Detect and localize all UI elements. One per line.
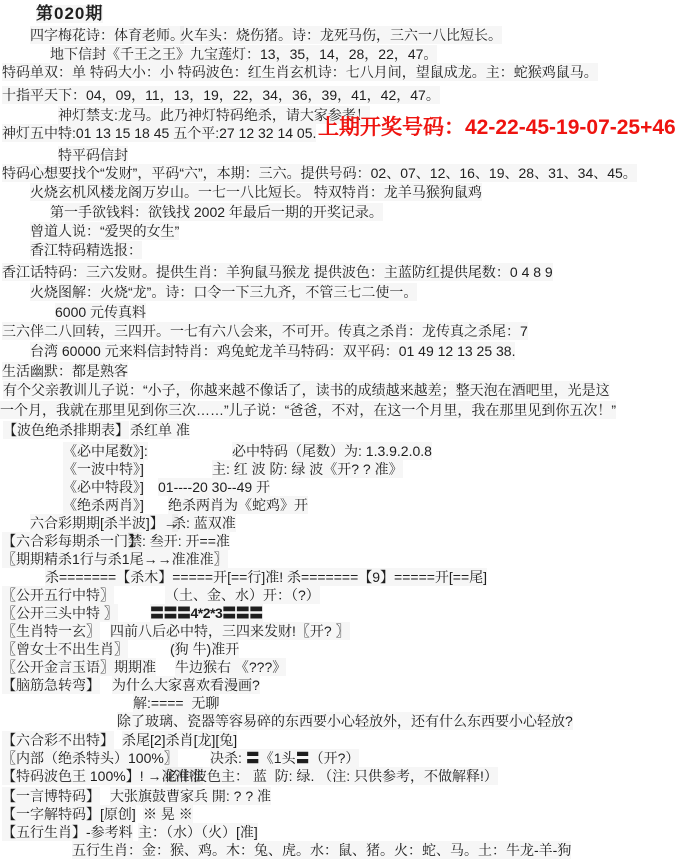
text-segment: 牛边猴右 《???》 xyxy=(175,658,286,676)
text-line: 【波色绝杀排期表】杀红单 准 xyxy=(0,421,688,440)
text-segment: 六合彩期期[杀半波]】→ xyxy=(30,514,178,532)
text-line: 特码心想要找个“发财”，平码“六”，本期：三六。提供号码：02、07、12、16… xyxy=(0,164,688,183)
text-segment: 〓〓〓4*2*3〓〓〓 xyxy=(150,604,263,622)
text-segment: 火烧图解：火烧“龙”。诗：口令一下三九齐，不管三七二使一。 xyxy=(30,283,417,301)
text-line: 除了玻璃、瓷器等容易碎的东西要小心轻放外，还有什么东西要小心轻放? xyxy=(0,712,688,731)
text-segment: 十指平天下：04，09，11，13，19，22，34，36，39，41，42，4… xyxy=(2,86,440,104)
text-segment: （土、金、水）开：（?） xyxy=(165,586,320,604)
text-segment: 〖内部（绝杀特头）100%〗 xyxy=(2,749,178,767)
text-line: 香江特码精选报： xyxy=(0,241,688,260)
text-segment: 【一言博特码】 xyxy=(2,787,100,805)
text-segment: 6000 元传真料 xyxy=(55,303,146,321)
text-segment: 香江话特码：三六发财。提供生肖：羊狗鼠马猴龙 提供波色：主蓝防红提供尾数：0 4… xyxy=(2,263,553,281)
text-segment: 【波色绝杀排期表】 xyxy=(3,421,129,439)
text-segment: 必中特码（尾数）为: 1.3.9.2.0.8 xyxy=(232,442,432,460)
text-line: 地下信封《千王之王》九宝莲灯：13，35，14，28，22，47。 xyxy=(0,45,688,64)
text-line: 四字梅花诗：体育老师。火车头：烧伤猪。诗：龙死马伤，三六一八比短长。 xyxy=(0,26,688,45)
text-segment: 【一字解特码】[原创] xyxy=(2,805,136,823)
text-segment: 五行生肖：金：猴、鸡。木：兔、虎。水：鼠、猪。火：蛇、马。土：牛龙-羊-狗 xyxy=(72,841,571,859)
text-segment: 四字梅花诗：体育老师。 xyxy=(30,26,184,44)
text-line: 特码单双：单 特码大小：小 特码波色：红生肖玄机诗：七八月间，望鼠成龙。主：蛇猴… xyxy=(0,63,688,82)
text-segment: 杀: 蓝双准 xyxy=(172,514,236,532)
lottery-tip-sheet: 第020期四字梅花诗：体育老师。火车头：烧伤猪。诗：龙死马伤，三六一八比短长。地… xyxy=(0,0,688,866)
text-segment: 主: 红 波 防: 绿 波《开? ? 准》 xyxy=(212,460,403,478)
text-line: 【六合彩不出特】杀尾[2]杀肖[龙][兔] xyxy=(0,731,688,750)
text-line: 杀=======【杀木】=====开[==行]准! 杀=======【9】===… xyxy=(0,568,688,587)
text-segment: 火烧玄机风楼龙阁万岁山。一七一八比短长。 特双特肖：龙羊马猴狗鼠鸡 xyxy=(30,183,482,201)
text-segment: 〖生肖特一玄〗 xyxy=(2,622,100,640)
text-segment: 杀红单 准 xyxy=(130,421,190,439)
issue-title: 第020期 xyxy=(36,5,103,23)
text-line: 第一手欲钱料：欲钱找 2002 年最后一期的开奖记录。 xyxy=(0,203,688,222)
text-segment: 〖曾女士不出生肖〗 xyxy=(2,640,128,658)
text-line: 【特码波色王 100%】! →准准准必中波色主： 蓝 防: 绿. （注: 只供参… xyxy=(0,767,688,786)
text-line: 六合彩期期[杀半波]】→杀: 蓝双准 xyxy=(0,514,688,533)
text-segment: 《绝杀两肖》] xyxy=(63,496,144,514)
text-segment: 一个月，我就在那里见到你三次……”儿子说：“爸爸，不对，在这一个月里，我在那里见… xyxy=(0,401,616,419)
text-segment: 解:==== 无聊 xyxy=(133,694,219,712)
text-segment: (狗 牛)准开 xyxy=(170,640,239,658)
text-segment: 01----20 30--49 开 xyxy=(158,478,270,496)
text-line: 火烧图解：火烧“龙”。诗：口令一下三九齐，不管三七二使一。 xyxy=(0,283,688,302)
text-line: 有个父亲教训儿子说：“小子，你越来越不像话了，读书的成绩越来越差；整天泡在酒吧里… xyxy=(0,381,688,400)
text-segment: 为什么大家喜欢看漫画? xyxy=(112,676,260,694)
text-segment: 香江特码精选报： xyxy=(30,241,142,259)
text-line: 〖生肖特一玄〗四前八后必中特，三四来发财!〖开? 〗 xyxy=(0,622,688,641)
text-segment: 特码心想要找个“发财”，平码“六”，本期：三六。提供号码：02、07、12、16… xyxy=(2,164,637,182)
text-segment: 《必中特段》] xyxy=(63,478,144,496)
text-line: 【五行生肖】-参考料主：（水）（火）[准] xyxy=(0,823,688,842)
text-segment: 【五行生肖】-参考料 xyxy=(2,823,133,841)
text-line: 曾道人说：“爱哭的女生” xyxy=(0,222,688,241)
text-segment: 《一波中特》] xyxy=(63,460,144,478)
text-segment: 台湾 60000 元来料信封特肖：鸡兔蛇龙羊马特码：双平码：01 49 12 1… xyxy=(30,342,515,360)
text-line: 〖曾女士不出生肖〗(狗 牛)准开 xyxy=(0,640,688,659)
text-line: 〖内部（绝杀特头）100%〗决杀: 〓《1头〓（开?） xyxy=(0,749,688,768)
text-line: 《必中尾数》]:必中特码（尾数）为: 1.3.9.2.0.8 xyxy=(0,442,688,461)
text-line: 火烧玄机风楼龙阁万岁山。一七一八比短长。 特双特肖：龙羊马猴狗鼠鸡 xyxy=(0,183,688,202)
text-segment: 〖期期精杀1行与杀1尾→→准准准〗 xyxy=(2,550,228,568)
text-segment: ※ 晃 ※ xyxy=(143,805,193,823)
text-line: 一个月，我就在那里见到你三次……”儿子说：“爸爸，不对，在这一个月里，我在那里见… xyxy=(0,401,688,420)
text-segment: 禁: 叁开: 开==准 xyxy=(128,532,230,550)
text-segment: 曾道人说：“爱哭的女生” xyxy=(30,222,179,240)
text-segment: 地下信封《千王之王》九宝莲灯：13，35，14，28，22，47。 xyxy=(50,45,437,63)
text-line: 特平码信封 xyxy=(0,146,688,165)
text-segment: 决杀: 〓《1头〓（开?） xyxy=(210,749,359,767)
text-segment: 杀尾[2]杀肖[龙][兔] xyxy=(122,731,237,749)
text-line: 生活幽默：都是熟客 xyxy=(0,362,688,381)
text-line: 【脑筋急转弯】为什么大家喜欢看漫画? xyxy=(0,676,688,695)
shendeng-five-line: 神灯五中特:01 13 15 18 45 五个平:27 12 32 14 05. xyxy=(2,124,316,142)
text-segment: 大张旗鼓曹家兵 開: ? ? 准 xyxy=(110,787,271,805)
text-segment: 除了玻璃、瓷器等容易碎的东西要小心轻放外，还有什么东西要小心轻放? xyxy=(117,712,573,730)
text-line: 解:==== 无聊 xyxy=(0,694,688,713)
text-segment: 杀=======【杀木】=====开[==行]准! 杀=======【9】===… xyxy=(45,568,487,586)
text-segment: 主：（水）（火）[准] xyxy=(138,823,258,841)
text-line: 【一言博特码】大张旗鼓曹家兵 開: ? ? 准 xyxy=(0,787,688,806)
text-line: 《绝杀两肖》]绝杀两肖为《蛇鸡》开 xyxy=(0,496,688,515)
text-segment: 【脑筋急转弯】 xyxy=(2,676,100,694)
text-segment: 《必中尾数》]: xyxy=(63,442,148,460)
text-line: 〖公开五行中特〗（土、金、水）开：（?） xyxy=(0,586,688,605)
text-segment: 生活幽默：都是熟客 xyxy=(2,362,128,380)
text-line: 6000 元传真料 xyxy=(0,303,688,322)
text-segment: 有个父亲教训儿子说：“小子，你越来越不像话了，读书的成绩越来越差；整天泡在酒吧里… xyxy=(3,381,610,399)
text-line: 台湾 60000 元来料信封特肖：鸡兔蛇龙羊马特码：双平码：01 49 12 1… xyxy=(0,342,688,361)
text-segment: 特平码信封 xyxy=(58,146,128,164)
text-segment: 必中波色主： 蓝 防: 绿. （注: 只供参考，不做解释!） xyxy=(165,767,498,785)
text-line: 【六合彩每期杀一门】禁: 叁开: 开==准 xyxy=(0,532,688,551)
text-line: 香江话特码：三六发财。提供生肖：羊狗鼠马猴龙 提供波色：主蓝防红提供尾数：0 4… xyxy=(0,263,688,282)
text-segment: 四前八后必中特，三四来发财!〖开? 〗 xyxy=(110,622,350,640)
text-segment: 绝杀两肖为《蛇鸡》开 xyxy=(168,496,308,514)
text-segment: 〖公开五行中特〗 xyxy=(2,586,114,604)
text-line: 三六伴二八回转，三四开。一七有六八会来，不可开。传真之杀肖：龙传真之杀尾：7 xyxy=(0,322,688,341)
text-segment: 〖公开三头中特 〗 xyxy=(2,604,118,622)
text-segment: 【六合彩每期杀一门】 xyxy=(2,532,142,550)
text-line: 〖公开三头中特 〗〓〓〓4*2*3〓〓〓 xyxy=(0,604,688,623)
text-line: 五行生肖：金：猴、鸡。木：兔、虎。水：鼠、猪。火：蛇、马。土：牛龙-羊-狗 xyxy=(0,841,688,860)
text-line: 第020期 xyxy=(0,5,688,24)
text-segment: 特码单双：单 特码大小：小 特码波色：红生肖玄机诗：七八月间，望鼠成龙。主：蛇猴… xyxy=(2,63,598,81)
text-line: 〖期期精杀1行与杀1尾→→准准准〗 xyxy=(0,550,688,569)
text-segment: 火车头：烧伤猪。诗：龙死马伤，三六一八比短长。 xyxy=(180,26,502,44)
text-segment: 三六伴二八回转，三四开。一七有六八会来，不可开。传真之杀肖：龙传真之杀尾：7 xyxy=(2,322,528,340)
last-draw-numbers: 上期开奖号码：42-22-45-19-07-25+46 xyxy=(318,119,676,137)
text-line: 〖公开金言玉语〗期期准牛边猴右 《???》 xyxy=(0,658,688,677)
text-line: 十指平天下：04，09，11，13，19，22，34，36，39，41，42，4… xyxy=(0,86,688,105)
text-line: 神灯五中特:01 13 15 18 45 五个平:27 12 32 14 05.… xyxy=(0,124,688,143)
text-line: 《一波中特》]主: 红 波 防: 绿 波《开? ? 准》 xyxy=(0,460,688,479)
text-segment: 〖公开金言玉语〗期期准 xyxy=(2,658,156,676)
text-line: 《必中特段》]01----20 30--49 开 xyxy=(0,478,688,497)
text-segment: 第一手欲钱料：欲钱找 2002 年最后一期的开奖记录。 xyxy=(50,203,383,221)
text-line: 【一字解特码】[原创]※ 晃 ※ xyxy=(0,805,688,824)
text-segment: 【六合彩不出特】 xyxy=(2,731,114,749)
